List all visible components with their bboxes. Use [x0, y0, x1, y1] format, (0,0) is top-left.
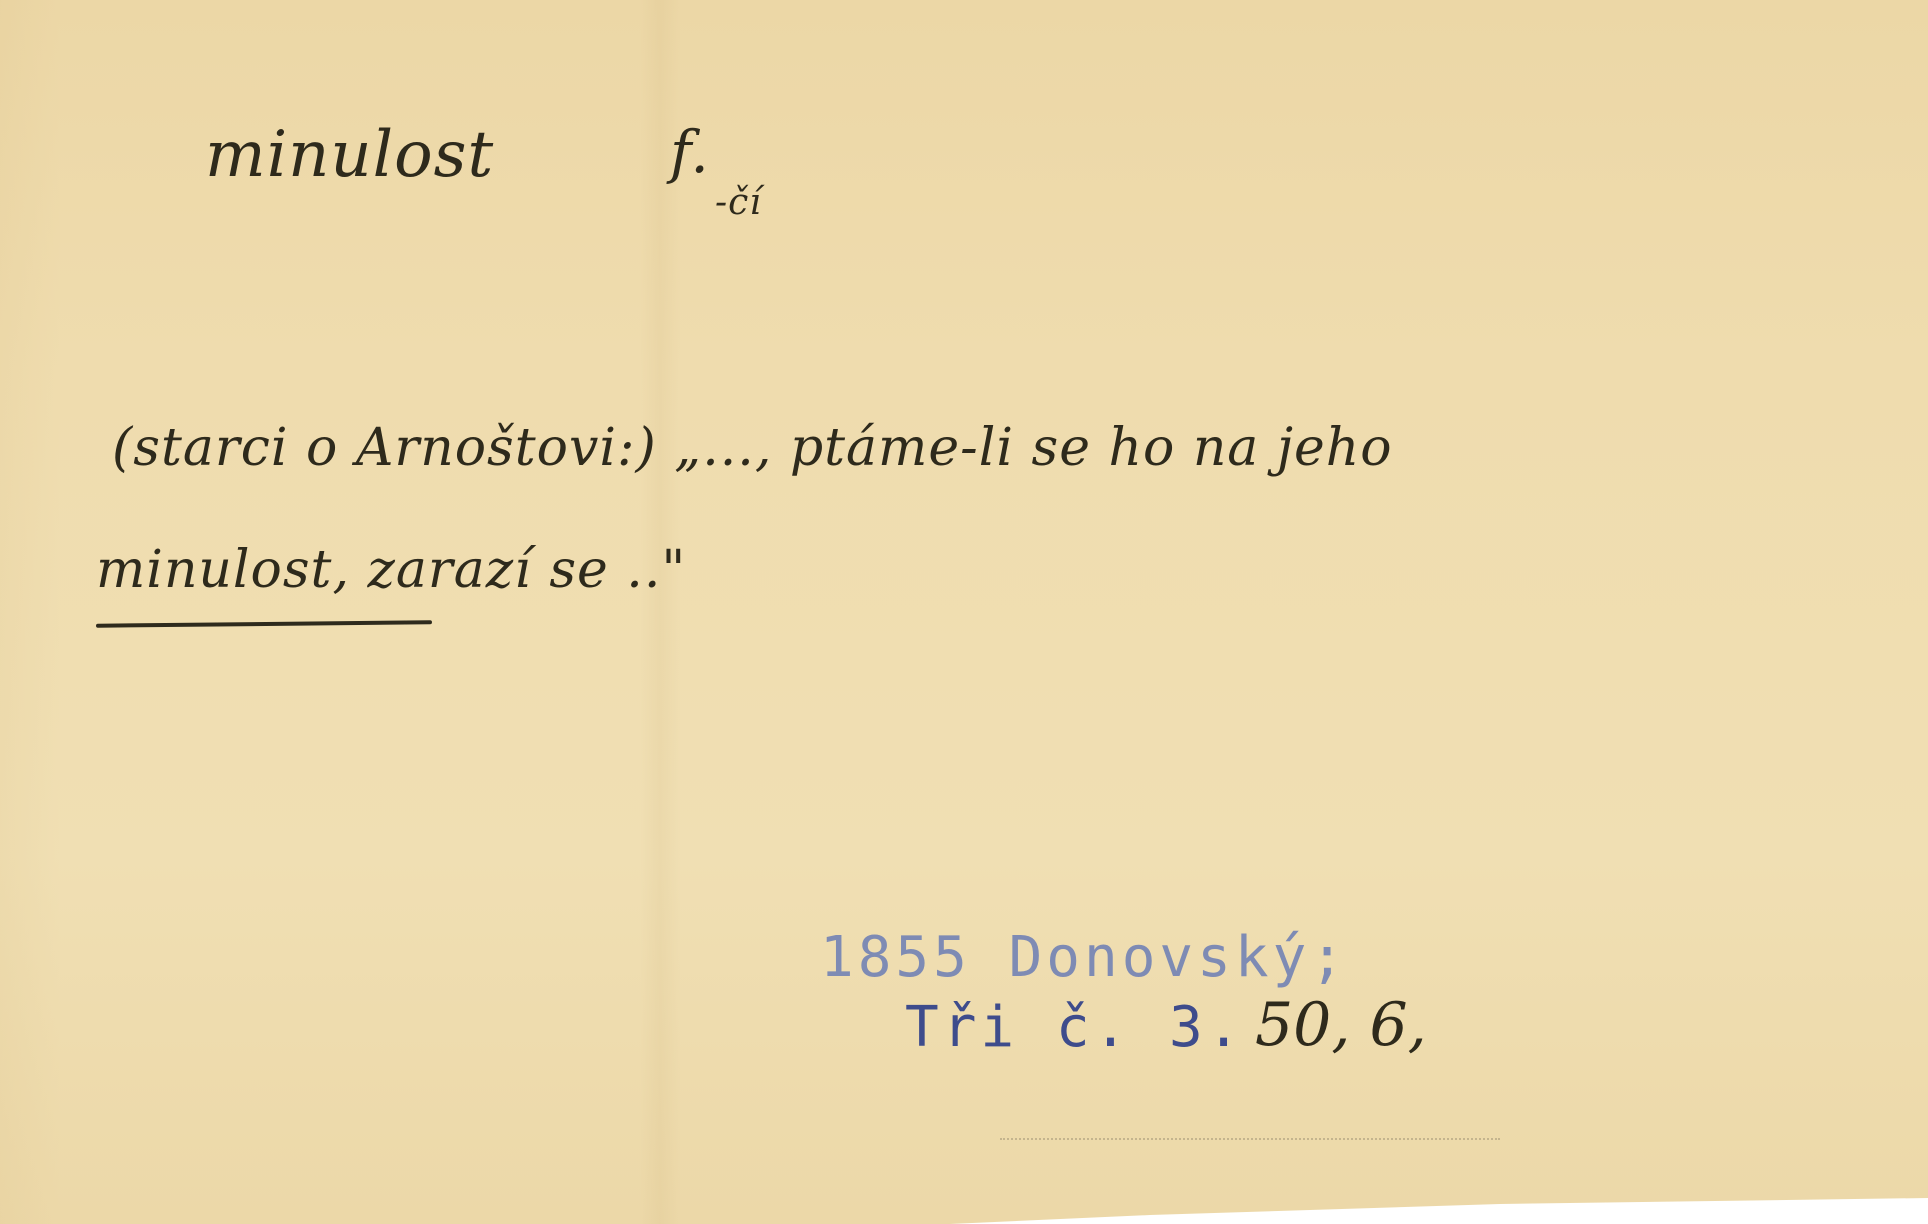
- headword: minulost: [205, 118, 494, 192]
- dictionary-index-card: minulost f. -čí (starci o Arnoštovi:) „.…: [0, 0, 1928, 1224]
- page-reference: 50, 6,: [1255, 990, 1427, 1060]
- source-stamp-author: 1855 Donovský;: [820, 925, 1348, 990]
- grammatical-gender: f.: [670, 118, 710, 186]
- citation-line-2: minulost, zarazí se ..": [96, 540, 686, 600]
- source-stamp-title: Tři č. 3.: [905, 995, 1244, 1060]
- headword-underline: [96, 620, 432, 628]
- genitive-ending: -čí: [715, 182, 762, 223]
- faint-smudge: [1000, 1138, 1500, 1142]
- citation-line-1: (starci o Arnoštovi:) „..., ptáme-li se …: [112, 418, 1393, 478]
